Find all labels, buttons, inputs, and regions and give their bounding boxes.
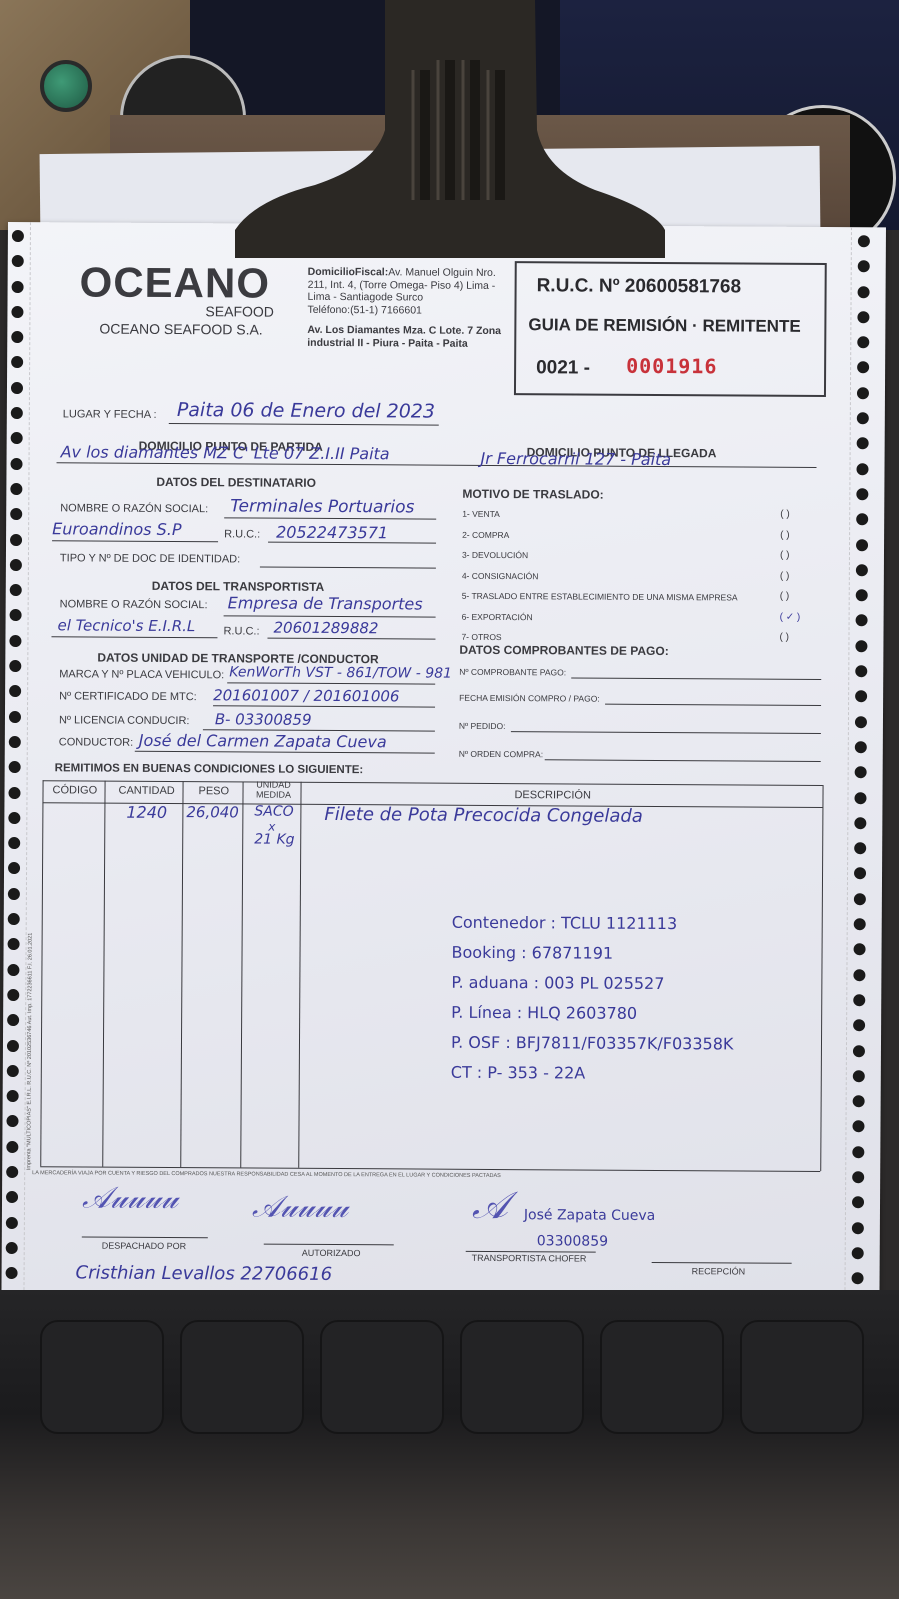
tractor-hole — [7, 1065, 19, 1077]
tractor-hole — [12, 281, 24, 293]
tractor-hole — [857, 336, 869, 348]
tractor-hole — [6, 1166, 18, 1178]
tractor-hole — [853, 1045, 865, 1057]
tractor-hole — [852, 1146, 864, 1158]
fecha-emision-label: FECHA EMISIÓN COMPRO / PAGO: — [459, 693, 600, 704]
table-col-border — [240, 781, 243, 1167]
tractor-hole — [854, 918, 866, 930]
seat-rib — [320, 1320, 444, 1434]
document-serie: 0021 - — [536, 357, 590, 379]
table-col-border — [820, 785, 823, 1171]
motivo-option-checkbox[interactable]: ( ) — [780, 509, 790, 520]
autorizado-signature: 𝒜𝓊𝓊𝓊𝓊 — [252, 1190, 348, 1226]
tractor-hole — [854, 943, 866, 955]
guia-de-remision-document: OCEANO SEAFOOD OCEANO SEAFOOD S.A. Domic… — [1, 222, 886, 1345]
cell-cantidad: 1240 — [126, 803, 167, 822]
shipping-note: CT : P- 353 - 22A — [451, 1063, 586, 1083]
header-unidad: UNIDAD MEDIDA — [248, 779, 298, 799]
tractor-hole — [856, 463, 868, 475]
tractor-hole — [6, 1115, 18, 1127]
tractor-hole — [852, 1196, 864, 1208]
tractor-hole — [856, 564, 868, 576]
destinatario-nombre-value-1[interactable]: Terminales Portuarios — [230, 496, 414, 517]
tractor-hole — [857, 412, 869, 424]
mtc-line — [213, 705, 435, 707]
tractor-hole — [854, 817, 866, 829]
comprobante-field[interactable] — [571, 677, 821, 680]
tractor-hole — [9, 635, 21, 647]
tractor-hole — [856, 539, 868, 551]
tractor-hole — [10, 483, 22, 495]
motivo-option-checkbox[interactable]: ( ✓ ) — [780, 611, 801, 622]
tractor-hole — [12, 230, 24, 242]
motivo-option-checkbox[interactable]: ( ) — [780, 529, 790, 540]
tractor-hole — [852, 1272, 864, 1284]
shipping-note: P. aduana : 003 PL 025527 — [451, 973, 664, 993]
tractor-hole — [6, 1141, 18, 1153]
tractor-hole — [10, 584, 22, 596]
motivo-option-checkbox[interactable]: ( ) — [780, 570, 790, 581]
table-col-border — [298, 782, 301, 1168]
lugar-fecha-line — [169, 423, 439, 426]
tractor-hole — [7, 1090, 19, 1102]
clipboard-clip — [235, 0, 665, 258]
tractor-hole — [854, 893, 866, 905]
tractor-hole — [8, 812, 20, 824]
conductor-label: CONDUCTOR: — [59, 736, 133, 748]
tractor-hole — [856, 513, 868, 525]
despachado-line — [82, 1236, 208, 1238]
tractor-hole — [10, 508, 22, 520]
mtc-label: Nº CERTIFICADO DE MTC: — [59, 690, 197, 703]
shipping-note: Booking : 67871191 — [451, 943, 613, 963]
ruc-box: R.U.C. Nº 20600581768 GUIA DE REMISIÓN ·… — [514, 261, 827, 397]
tractor-hole — [8, 837, 20, 849]
disclaimer: LA MERCADERÍA VIAJA POR CUENTA Y RIESGO … — [32, 1170, 501, 1179]
items-table: CÓDIGO CANTIDAD PESO UNIDAD MEDIDA DESCR… — [40, 780, 822, 1171]
destinatario-ruc-value[interactable]: 20522473571 — [276, 523, 388, 543]
tractor-hole — [11, 331, 23, 343]
header-codigo: CÓDIGO — [52, 784, 97, 796]
autorizado-label: AUTORIZADO — [302, 1248, 361, 1258]
tractor-hole — [9, 711, 21, 723]
pedido-field[interactable] — [511, 731, 821, 734]
tractor-hole — [858, 235, 870, 247]
licencia-value[interactable]: B- 03300859 — [215, 710, 312, 729]
ruc-number: R.U.C. Nº 20600581768 — [537, 275, 742, 298]
tractor-hole — [6, 1242, 18, 1254]
tractor-hole — [11, 306, 23, 318]
tractor-hole — [6, 1267, 18, 1279]
tractor-hole — [853, 994, 865, 1006]
tractor-hole — [853, 1095, 865, 1107]
tractor-hole — [11, 407, 23, 419]
recepcion-label: RECEPCIÓN — [692, 1266, 746, 1276]
seat-rib — [600, 1320, 724, 1434]
tractor-hole — [853, 1070, 865, 1082]
motivo-option-label: 3- DEVOLUCIÓN — [462, 550, 528, 560]
shipping-note: Contenedor : TCLU 1121113 — [452, 913, 678, 933]
conductor-line — [135, 751, 435, 754]
cell-peso: 26,040 — [186, 803, 239, 821]
table-col-border — [40, 780, 43, 1166]
tractor-hole — [855, 640, 867, 652]
tractor-hole — [858, 260, 870, 272]
destinatario-nombre-line — [224, 517, 436, 519]
seat-rib — [40, 1320, 164, 1434]
tractor-hole — [857, 311, 869, 323]
motivo-option-label: 1- VENTA — [462, 509, 500, 519]
tractor-hole — [853, 969, 865, 981]
document-number: 0001916 — [626, 354, 717, 379]
chofer-name: José Zapata Cueva — [524, 1207, 655, 1224]
orden-compra-label: Nº ORDEN COMPRA: — [459, 749, 543, 760]
destinatario-ruc-label: R.U.C.: — [224, 528, 260, 540]
mtc-value[interactable]: 201601007 / 201601006 — [213, 686, 399, 705]
orden-compra-field[interactable] — [545, 759, 821, 762]
lugar-fecha-label: LUGAR Y FECHA : — [63, 408, 157, 421]
dashboard-green-button — [40, 60, 92, 112]
despachado-signature: 𝒜𝓊𝓊𝓊𝓊 — [82, 1180, 178, 1216]
motivo-option-checkbox[interactable]: ( ) — [780, 550, 790, 561]
placa-value[interactable]: KenWorTh VST - 861/TOW - 981 — [229, 664, 452, 681]
table-col-border — [102, 781, 105, 1167]
motivo-title: MOTIVO DE TRASLADO: — [462, 487, 603, 502]
llegada-value[interactable]: Jr Ferrocarril 127 - Paita — [481, 449, 672, 469]
motivo-option-checkbox[interactable]: ( ) — [780, 591, 790, 602]
cell-descripcion: Filete de Pota Precocida Congelada — [324, 804, 643, 827]
tractor-hole — [9, 685, 21, 697]
transportista-nombre2-line — [51, 636, 217, 638]
lugar-fecha-value[interactable]: Paita 06 de Enero del 2023 — [177, 399, 435, 423]
tractor-hole — [6, 1191, 18, 1203]
tractor-hole — [856, 589, 868, 601]
cell-unidad-3: 21 Kg — [254, 832, 294, 848]
tractor-hole — [856, 488, 868, 500]
recepcion-line — [652, 1262, 792, 1264]
chofer-signature: 𝒜 — [472, 1183, 508, 1228]
fecha-emision-field[interactable] — [605, 704, 821, 706]
tractor-hole — [8, 888, 20, 900]
tractor-hole — [852, 1222, 864, 1234]
motivo-option-label: 5- TRASLADO ENTRE ESTABLECIMIENTO DE UNA… — [462, 591, 738, 603]
motivo-option-checkbox[interactable]: ( ) — [779, 632, 789, 643]
transportista-nombre-label: NOMBRE O RAZÓN SOCIAL: — [60, 598, 208, 611]
tractor-hole — [7, 964, 19, 976]
transportista-nombre-line — [224, 615, 436, 617]
placa-label: MARCA Y Nº PLACA VEHICULO: — [59, 668, 224, 681]
tractor-hole — [11, 382, 23, 394]
tractor-hole — [852, 1247, 864, 1259]
conductor-value[interactable]: José del Carmen Zapata Cueva — [139, 731, 387, 752]
tractor-hole — [10, 534, 22, 546]
licencia-label: Nº LICENCIA CONDUCIR: — [59, 714, 190, 727]
transportista-ruc-line — [267, 638, 435, 640]
seat-rib — [180, 1320, 304, 1434]
tractor-hole — [9, 761, 21, 773]
tractor-hole — [8, 938, 20, 950]
destinatario-doc-field[interactable] — [260, 567, 436, 569]
tractor-holes-right — [851, 235, 874, 1335]
shipping-note: P. OSF : BFJ7811/F03357K/F03358K — [451, 1033, 734, 1054]
document-type: GUIA DE REMISIÓN · REMITENTE — [528, 315, 800, 337]
tractor-hole — [857, 387, 869, 399]
company-phone: Teléfono:(51-1) 7166601 — [307, 303, 421, 316]
tractor-hole — [854, 868, 866, 880]
seat-rib — [740, 1320, 864, 1434]
shipping-note: P. Línea : HLQ 2603780 — [451, 1003, 637, 1023]
tractor-hole — [853, 1019, 865, 1031]
items-intro: REMITIMOS EN BUENAS CONDICIONES LO SIGUI… — [55, 762, 364, 776]
perforation-right — [844, 227, 852, 1345]
company-logo: OCEANO — [79, 258, 270, 307]
company-name: OCEANO SEAFOOD S.A. — [99, 321, 262, 338]
destinatario-title: DATOS DEL DESTINATARIO — [156, 475, 316, 490]
tractor-hole — [8, 862, 20, 874]
tractor-hole — [8, 913, 20, 925]
tractor-hole — [10, 609, 22, 621]
tractor-hole — [854, 792, 866, 804]
tractor-hole — [9, 736, 21, 748]
transportista-nombre-value-2[interactable]: el Tecnico's E.I.R.L — [57, 616, 195, 635]
tractor-hole — [8, 787, 20, 799]
motivo-option-label: 2- COMPRA — [462, 529, 509, 539]
placa-line — [227, 682, 435, 684]
plant-address: Av. Los Diamantes Mza. C Lote. 7 Zona in… — [307, 324, 512, 350]
destinatario-nombre2-line — [52, 540, 218, 542]
table-col-border — [180, 781, 183, 1167]
printer-imprint: Imprenta "MULTICOPIAS" E.I.R.L. R.U.C. N… — [26, 790, 34, 1170]
motivo-option-label: 6- EXPORTACIÓN — [462, 611, 533, 621]
tractor-hole — [858, 286, 870, 298]
tractor-hole — [855, 716, 867, 728]
pago-title: DATOS COMPROBANTES DE PAGO: — [459, 643, 668, 658]
tractor-hole — [852, 1121, 864, 1133]
header-descripcion: DESCRIPCIÓN — [514, 789, 590, 801]
seat-rib — [460, 1320, 584, 1434]
transportista-nombre-value-1[interactable]: Empresa de Transportes — [228, 593, 423, 613]
tractor-hole — [854, 842, 866, 854]
destinatario-nombre-value-2[interactable]: Euroandinos S.P — [52, 519, 182, 539]
transportista-ruc-value[interactable]: 20601289882 — [273, 619, 378, 638]
tractor-hole — [855, 766, 867, 778]
tractor-hole — [857, 438, 869, 450]
tractor-hole — [12, 255, 24, 267]
destinatario-doc-label: TIPO Y Nº DE DOC DE IDENTIDAD: — [60, 552, 240, 565]
tractor-hole — [7, 989, 19, 1001]
transportista-title: DATOS DEL TRANSPORTISTA — [152, 579, 325, 594]
tractor-hole — [855, 741, 867, 753]
tractor-hole — [10, 559, 22, 571]
chofer-label: TRANSPORTISTA CHOFER — [472, 1253, 587, 1264]
tractor-hole — [855, 665, 867, 677]
destinatario-nombre-label: NOMBRE O RAZÓN SOCIAL: — [60, 502, 208, 515]
partida-llegada-line — [57, 462, 817, 468]
tractor-hole — [10, 458, 22, 470]
despachado-label: DESPACHADO POR — [102, 1241, 186, 1252]
fiscal-address: DomicilioFiscal:Av. Manuel Olguin Nro. 2… — [307, 266, 512, 317]
tractor-hole — [9, 660, 21, 672]
chofer-licencia: 03300859 — [537, 1233, 608, 1249]
tractor-hole — [855, 691, 867, 703]
despachado-name: Cristhian Levallos 22706616 — [76, 1262, 333, 1285]
header-cantidad: CANTIDAD — [118, 785, 174, 797]
pedido-label: Nº PEDIDO: — [459, 721, 506, 731]
autorizado-line — [264, 1244, 394, 1246]
tractor-hole — [11, 432, 23, 444]
comprobante-label: Nº COMPROBANTE PAGO: — [459, 667, 566, 678]
partida-value[interactable]: Av los diamantes MZ C' Lte 07 Z.I.II Pai… — [61, 442, 390, 463]
motivo-option-label: 4- CONSIGNACIÓN — [462, 570, 539, 580]
tractor-hole — [852, 1171, 864, 1183]
company-logo-sub: SEAFOOD — [205, 303, 274, 319]
header-peso: PESO — [198, 785, 229, 797]
transportista-ruc-label: R.U.C.: — [223, 625, 259, 637]
tractor-hole — [7, 1014, 19, 1026]
motivo-option-label: 7- OTROS — [461, 632, 501, 642]
tractor-hole — [857, 362, 869, 374]
fiscal-address-label: DomicilioFiscal: — [308, 266, 389, 278]
tractor-hole — [7, 1040, 19, 1052]
tractor-hole — [6, 1217, 18, 1229]
cell-unidad-1: SACO — [254, 804, 293, 820]
tractor-hole — [11, 357, 23, 369]
tractor-hole — [856, 615, 868, 627]
